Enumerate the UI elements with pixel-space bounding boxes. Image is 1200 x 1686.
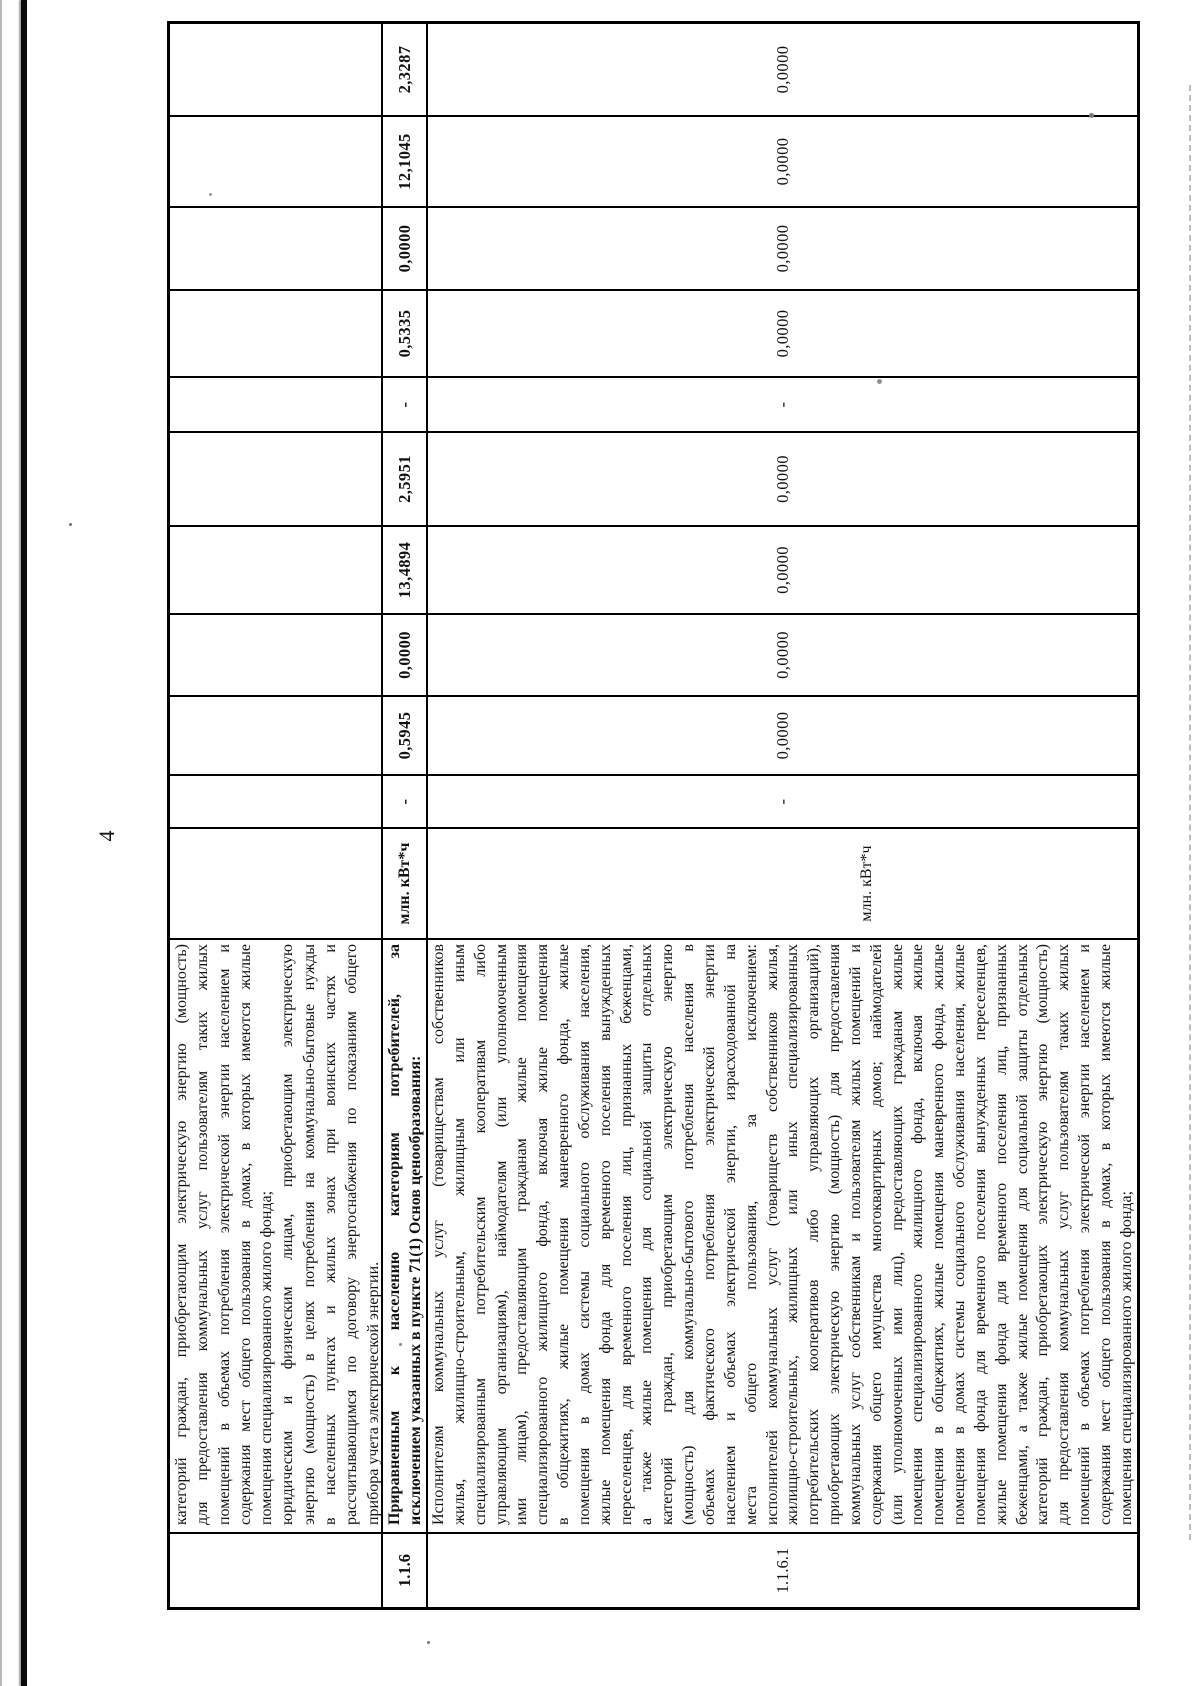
value-cell: 0,0000 (428, 289, 1137, 376)
empty-value-cell (170, 695, 383, 774)
row-number-cell (170, 1532, 383, 1607)
row-number-cell: 1.1.6 (383, 1532, 428, 1607)
row-text-cell: категорий граждан, приобретающим электри… (170, 938, 383, 1532)
empty-value-cell (170, 376, 383, 431)
scan-left-edge (0, 0, 2, 1686)
empty-value-cell (170, 613, 383, 695)
empty-value-cell (170, 289, 383, 376)
empty-value-cell (170, 115, 383, 206)
empty-value-cell (170, 206, 383, 289)
unit-cell: млн. кВт*ч (383, 827, 428, 938)
tariff-table: категорий граждан, приобретающим электри… (167, 21, 1140, 1610)
empty-value-cell (170, 431, 383, 525)
value-cell: 0,5335 (383, 289, 428, 376)
value-cell: 2,3287 (383, 24, 428, 115)
value-cell: 0,0000 (428, 613, 1137, 695)
value-cell: 12,1045 (383, 115, 428, 206)
value-cell: 0,0000 (383, 613, 428, 695)
value-cell: 0,0000 (428, 431, 1137, 525)
value-cell: - (383, 774, 428, 827)
value-cell: - (428, 774, 1137, 827)
value-cell: 0,5945 (383, 695, 428, 774)
value-cell: - (383, 376, 428, 431)
value-cell: 0,0000 (428, 206, 1137, 289)
empty-value-cell (170, 24, 383, 115)
value-cell: 0,0000 (428, 24, 1137, 115)
scanned-landscape-sheet: 4 категорий граждан, приобретающим элект… (0, 0, 1200, 1686)
scan-binding-bar (21, 0, 27, 1686)
value-cell: 0,0000 (428, 525, 1137, 613)
unit-cell (170, 827, 383, 938)
value-cell: 2,5951 (383, 431, 428, 525)
row-number-cell: 1.1.6.1 (428, 1532, 1137, 1607)
empty-value-cell (170, 774, 383, 827)
unit-cell: млн. кВт*ч (428, 827, 1137, 938)
value-cell: - (428, 376, 1137, 431)
value-cell: 0,0000 (428, 115, 1137, 206)
row-text-cell: Приравненным к населению категориям потр… (383, 938, 428, 1532)
scan-dashed-artifact (1189, 85, 1191, 1540)
row-text-cell: Исполнителям коммунальных услуг (товарищ… (428, 938, 1137, 1532)
value-cell: 13,4894 (383, 525, 428, 613)
value-cell: 0,0000 (428, 695, 1137, 774)
page-number: 4 (94, 816, 120, 856)
scan-specks (69, 523, 72, 526)
value-cell: 0,0000 (383, 206, 428, 289)
empty-value-cell (170, 525, 383, 613)
